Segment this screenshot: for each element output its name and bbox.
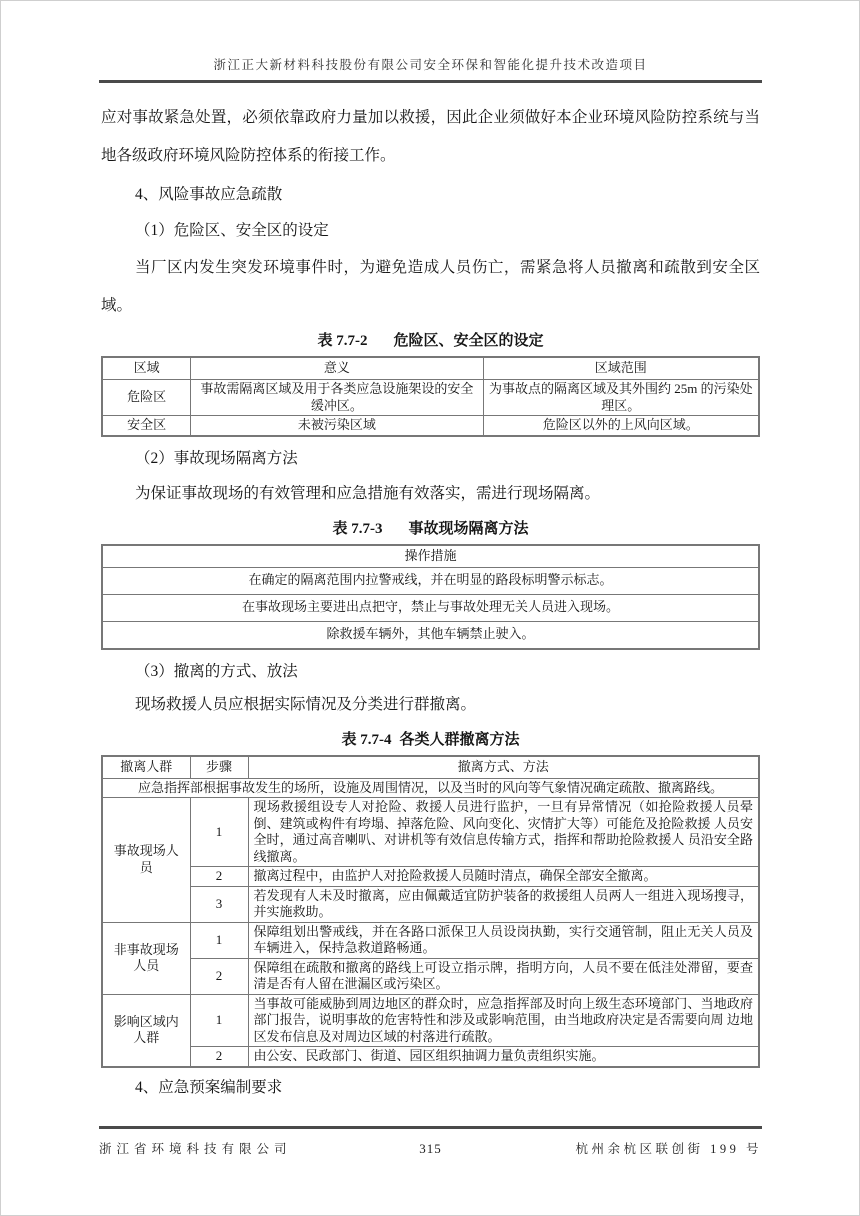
cell-group-affected: 影响区域内人群 <box>102 994 190 1067</box>
cell-zone-name: 安全区 <box>102 416 191 436</box>
heading-withdraw: （3）撤离的方式、放法 <box>101 660 760 684</box>
cell-measure: 在确定的隔离范围内拉警戒线，并在明显的路段标明警示标志。 <box>102 567 759 594</box>
document-body: 应对事故紧急处置，必须依靠政府力量加以救援，因此企业须做好本企业环境风险防控系统… <box>101 99 760 1100</box>
table-row: 影响区域内人群 1 当事故可能威胁到周边地区的群众时，应急指挥部及时向上级生态环… <box>102 994 759 1047</box>
cell-zone-range: 危险区以外的上风向区域。 <box>483 416 759 436</box>
table-774-caption: 各类人群撤离方法 <box>399 732 519 748</box>
cell-zone-meaning: 未被污染区域 <box>191 416 483 436</box>
cell-step-number: 2 <box>190 867 248 887</box>
isolation-paragraph: 为保证事故现场的有效管理和应急措施有效落实，需进行现场隔离。 <box>101 475 760 513</box>
header-rule <box>99 80 762 83</box>
table-773-label: 表 7.7-3 <box>332 521 382 537</box>
table-773-title: 表 7.7-3事故现场隔离方法 <box>101 519 760 539</box>
cell-measure: 除救援车辆外，其他车辆禁止驶入。 <box>102 621 759 649</box>
heading-plan-requirements: 4、应急预案编制要求 <box>101 1076 760 1100</box>
table-row: 2 保障组在疏散和撤离的路线上可设立指示牌，指明方向，人员不要在低洼处滞留，要查… <box>102 958 759 994</box>
header-project-title: 浙江正大新材料科技股份有限公司安全环保和智能化提升技术改造项目 <box>99 1 762 80</box>
isolation-methods-table: 操作措施 在确定的隔离范围内拉警戒线，并在明显的路段标明警示标志。 在事故现场主… <box>101 544 760 650</box>
heading-zone-setting: （1）危险区、安全区的设定 <box>101 219 760 243</box>
intro-paragraph: 应对事故紧急处置，必须依靠政府力量加以救援，因此企业须做好本企业环境风险防控系统… <box>101 99 760 175</box>
table-772-title: 表 7.7-2危险区、安全区的设定 <box>101 331 760 351</box>
cell-step-text: 保障组在疏散和撤离的路线上可设立指示牌，指明方向，人员不要在低洼处滞留，要查清是… <box>248 958 759 994</box>
cell-step-number: 3 <box>190 886 248 922</box>
cell-step-text: 当事故可能威胁到周边地区的群众时，应急指挥部及时向上级生态环境部门、当地政府部门… <box>248 994 759 1047</box>
table-row: 安全区 未被污染区域 危险区以外的上风向区域。 <box>102 416 759 436</box>
table-header-row: 操作措施 <box>102 545 759 568</box>
column-header-step: 步骤 <box>190 756 248 779</box>
cell-step-number: 1 <box>190 922 248 958</box>
page-footer: 浙江省环境科技有限公司 315 杭州余杭区联创街 199 号 <box>99 1126 762 1157</box>
cell-zone-meaning: 事故需隔离区域及用于各类应急设施架设的安全缓冲区。 <box>191 380 483 416</box>
table-header-row: 区域 意义 区域范围 <box>102 357 759 380</box>
column-header-measures: 操作措施 <box>102 545 759 568</box>
cell-step-number: 2 <box>190 958 248 994</box>
column-header-zone: 区域 <box>102 357 191 380</box>
heading-risk-evacuation: 4、风险事故应急疏散 <box>101 183 760 207</box>
footer-page-number: 315 <box>419 1141 442 1157</box>
zone-paragraph: 当厂区内发生突发环境事件时，为避免造成人员伤亡，需紧急将人员撤离和疏散到安全区域… <box>101 249 760 325</box>
cell-step-text: 由公安、民政部门、街道、园区组织抽调力量负责组织实施。 <box>248 1047 759 1067</box>
cell-step-text: 现场救援组设专人对抢险、救援人员进行监护，一旦有异常情况（如抢险救援人员晕倒、建… <box>248 798 759 867</box>
zone-setting-table: 区域 意义 区域范围 危险区 事故需隔离区域及用于各类应急设施架设的安全缓冲区。… <box>101 356 760 437</box>
cell-measure: 在事故现场主要进出点把守，禁止与事故处理无关人员进入现场。 <box>102 594 759 621</box>
table-772-label: 表 7.7-2 <box>317 333 367 349</box>
page-header: 浙江正大新材料科技股份有限公司安全环保和智能化提升技术改造项目 <box>99 1 762 83</box>
table-row: 危险区 事故需隔离区域及用于各类应急设施架设的安全缓冲区。 为事故点的隔离区域及… <box>102 380 759 416</box>
footer-company: 浙江省环境科技有限公司 <box>99 1139 419 1157</box>
table-774-title: 表 7.7-4各类人群撤离方法 <box>101 730 760 750</box>
table-header-row: 撤离人群 步骤 撤离方式、方法 <box>102 756 759 779</box>
table-row: 非事故现场人员 1 保障组划出警戒线，并在各路口派保卫人员设岗执勤，实行交通管制… <box>102 922 759 958</box>
column-header-method: 撤离方式、方法 <box>248 756 759 779</box>
heading-isolation: （2）事故现场隔离方法 <box>101 447 760 471</box>
table-row: 在确定的隔离范围内拉警戒线，并在明显的路段标明警示标志。 <box>102 567 759 594</box>
table-row: 2 撤离过程中，由监护人对抢险救援人员随时清点，确保全部安全撤离。 <box>102 867 759 887</box>
cell-step-number: 2 <box>190 1047 248 1067</box>
footer-address: 杭州余杭区联创街 199 号 <box>442 1139 762 1157</box>
cell-route-note: 应急指挥部根据事故发生的场所，设施及周围情况，以及当时的风向等气象情况确定疏散、… <box>102 778 759 798</box>
table-row: 事故现场人员 1 现场救援组设专人对抢险、救援人员进行监护，一旦有异常情况（如抢… <box>102 798 759 867</box>
evacuation-methods-table: 撤离人群 步骤 撤离方式、方法 应急指挥部根据事故发生的场所，设施及周围情况，以… <box>101 755 760 1068</box>
table-row: 在事故现场主要进出点把守，禁止与事故处理无关人员进入现场。 <box>102 594 759 621</box>
column-header-crowd: 撤离人群 <box>102 756 190 779</box>
table-774-label: 表 7.7-4 <box>341 732 391 748</box>
cell-group-offsite: 非事故现场人员 <box>102 922 190 994</box>
cell-step-number: 1 <box>190 994 248 1047</box>
cell-step-text: 撤离过程中，由监护人对抢险救援人员随时清点，确保全部安全撤离。 <box>248 867 759 887</box>
table-row: 3 若发现有人未及时撤离，应由佩戴适宜防护装备的救援组人员两人一组进入现场搜寻，… <box>102 886 759 922</box>
cell-group-onsite: 事故现场人员 <box>102 798 190 923</box>
table-772-caption: 危险区、安全区的设定 <box>393 333 543 349</box>
table-row: 除救援车辆外，其他车辆禁止驶入。 <box>102 621 759 649</box>
column-header-range: 区域范围 <box>483 357 759 380</box>
cell-zone-name: 危险区 <box>102 380 191 416</box>
cell-step-number: 1 <box>190 798 248 867</box>
cell-step-text: 若发现有人未及时撤离，应由佩戴适宜防护装备的救援组人员两人一组进入现场搜寻，并实… <box>248 886 759 922</box>
table-773-caption: 事故现场隔离方法 <box>408 521 528 537</box>
cell-zone-range: 为事故点的隔离区域及其外围约 25m 的污染处理区。 <box>483 380 759 416</box>
column-header-meaning: 意义 <box>191 357 483 380</box>
table-note-row: 应急指挥部根据事故发生的场所，设施及周围情况，以及当时的风向等气象情况确定疏散、… <box>102 778 759 798</box>
withdraw-paragraph: 现场救援人员应根据实际情况及分类进行群撤离。 <box>101 686 760 724</box>
document-page: 浙江正大新材料科技股份有限公司安全环保和智能化提升技术改造项目 应对事故紧急处置… <box>0 0 860 1216</box>
table-row: 2 由公安、民政部门、街道、园区组织抽调力量负责组织实施。 <box>102 1047 759 1067</box>
cell-step-text: 保障组划出警戒线，并在各路口派保卫人员设岗执勤，实行交通管制，阻止无关人员及车辆… <box>248 922 759 958</box>
